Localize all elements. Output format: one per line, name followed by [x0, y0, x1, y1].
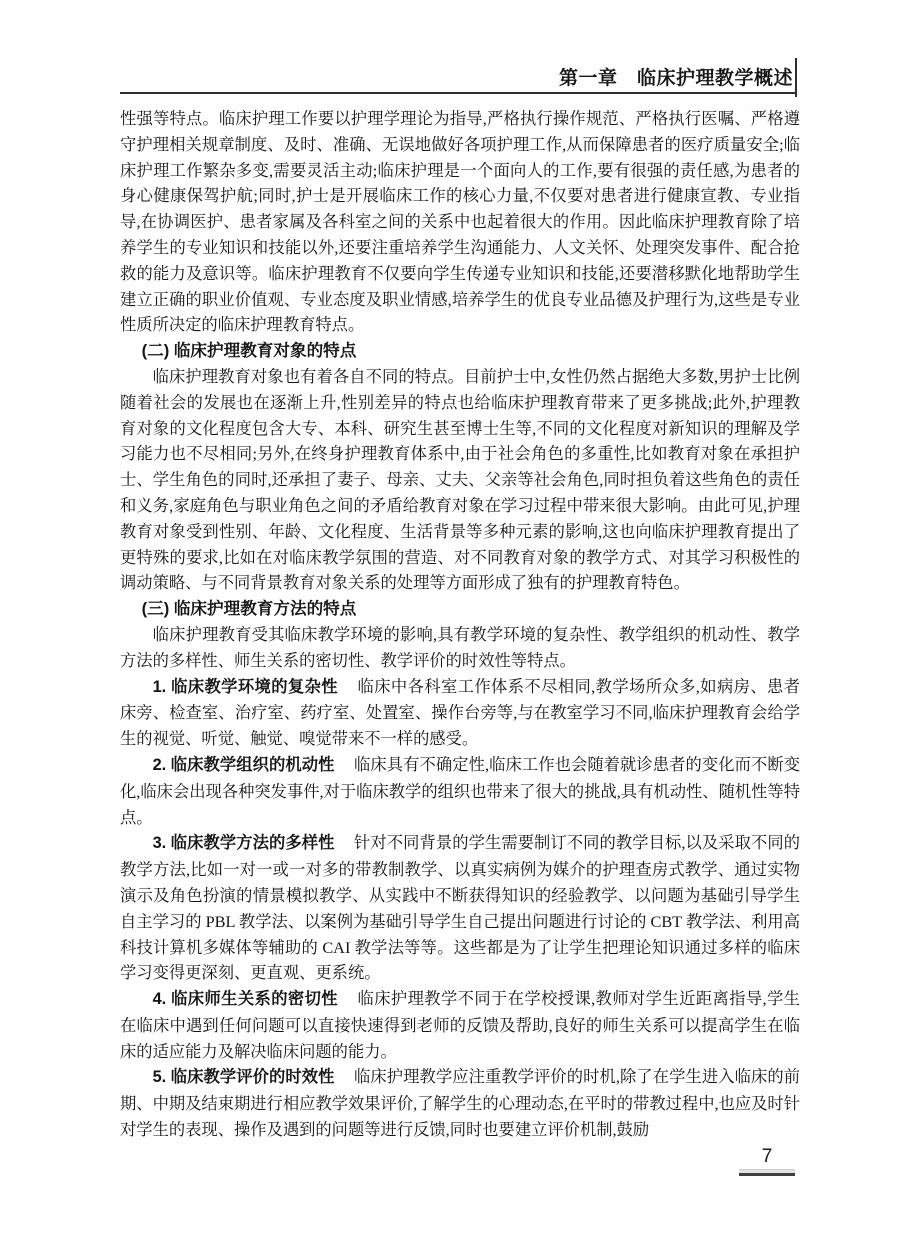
body-paragraph-continuation: 性强等特点。临床护理工作要以护理学理论为指导,严格执行操作规范、严格执行医嘱、严… [120, 106, 800, 338]
chapter-title: 第一章 临床护理教学概述 [559, 63, 793, 90]
page-footer: 7 [739, 1146, 795, 1176]
header-vertical-bar [795, 58, 797, 97]
running-header: 第一章 临床护理教学概述 [120, 58, 795, 94]
body-paragraph-section2: 临床护理教育对象也有着各自不同的特点。目前护士中,女性仍然占据绝大多数,男护士比… [120, 364, 800, 596]
numbered-item-2-label: 2. 临床教学组织的机动性 [153, 756, 335, 774]
numbered-item-1-label: 1. 临床教学环境的复杂性 [153, 678, 338, 696]
section-heading-2: (二) 临床护理教育对象的特点 [120, 338, 800, 364]
numbered-item-3: 3. 临床教学方法的多样性针对不同背景的学生需要制订不同的教学目标,以及采取不同… [120, 830, 800, 986]
numbered-item-3-text: 针对不同背景的学生需要制订不同的教学目标,以及采取不同的教学方法,比如一对一或一… [120, 833, 800, 982]
numbered-item-1: 1. 临床教学环境的复杂性临床中各科室工作体系不尽相同,教学场所众多,如病房、患… [120, 674, 800, 752]
body-paragraph-section3: 临床护理教育受其临床教学环境的影响,具有教学环境的复杂性、教学组织的机动性、教学… [120, 622, 800, 674]
numbered-item-4: 4. 临床师生关系的密切性临床护理教学不同于在学校授课,教师对学生近距离指导,学… [120, 986, 800, 1064]
book-page: 第一章 临床护理教学概述 性强等特点。临床护理工作要以护理学理论为指导,严格执行… [0, 0, 900, 1234]
numbered-item-5: 5. 临床教学评价的时效性临床护理教学应注重教学评价的时机,除了在学生进入临床的… [120, 1064, 800, 1142]
numbered-item-5-label: 5. 临床教学评价的时效性 [153, 1068, 335, 1086]
numbered-item-3-label: 3. 临床教学方法的多样性 [153, 834, 335, 852]
page-number-rule [739, 1169, 795, 1176]
section-heading-3: (三) 临床护理教育方法的特点 [120, 596, 800, 622]
page-body: 性强等特点。临床护理工作要以护理学理论为指导,严格执行操作规范、严格执行医嘱、严… [120, 106, 800, 1143]
numbered-item-2: 2. 临床教学组织的机动性临床具有不确定性,临床工作也会随着就诊患者的变化而不断… [120, 752, 800, 830]
page-number: 7 [739, 1146, 795, 1168]
numbered-item-4-label: 4. 临床师生关系的密切性 [153, 990, 338, 1008]
